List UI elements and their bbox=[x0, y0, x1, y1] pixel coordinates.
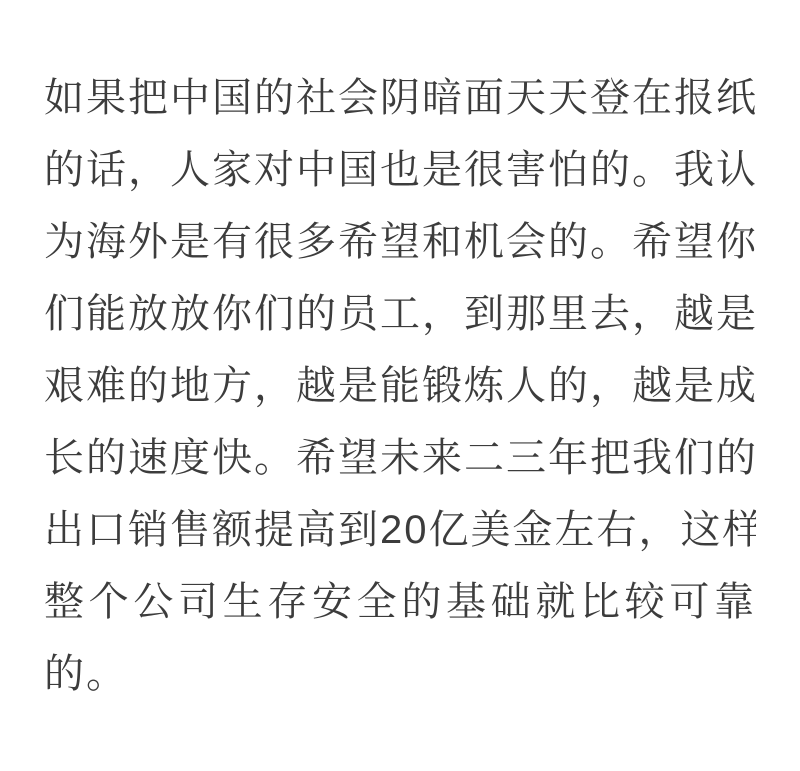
article-body: 如果把中国的社会阴暗面天天登在报纸 的话，人家对中国也是很害怕的。我认 为海外是… bbox=[0, 0, 800, 710]
paragraph-line: 整个公司生存安全的基础就比较可靠 bbox=[44, 566, 756, 638]
paragraph-line: 的。 bbox=[44, 638, 756, 710]
paragraph-line: 的话，人家对中国也是很害怕的。我认 bbox=[44, 134, 756, 206]
paragraph-line: 如果把中国的社会阴暗面天天登在报纸 bbox=[44, 62, 756, 134]
paragraph-line: 艰难的地方，越是能锻炼人的，越是成 bbox=[44, 350, 756, 422]
paragraph-line: 出口销售额提高到20亿美金左右，这样 bbox=[44, 494, 756, 566]
paragraph-line: 们能放放你们的员工，到那里去，越是 bbox=[44, 278, 756, 350]
paragraph-line: 长的速度快。希望未来二三年把我们的 bbox=[44, 422, 756, 494]
paragraph-line: 为海外是有很多希望和机会的。希望你 bbox=[44, 206, 756, 278]
